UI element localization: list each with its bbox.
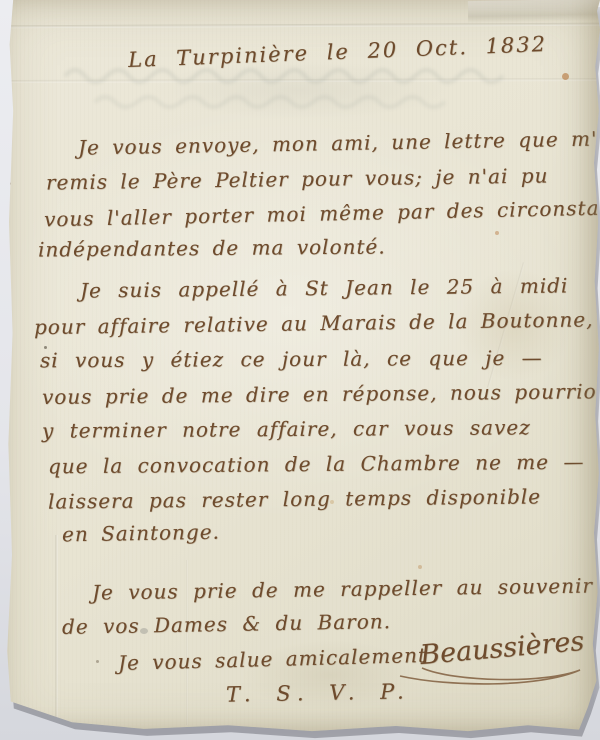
letter-line: pour affaire relative au Marais de la Bo… <box>34 307 600 339</box>
ink-showthrough <box>55 58 535 120</box>
photo-background: La Turpinière le 20 Oct. 1832 Je vous en… <box>0 0 600 740</box>
letter-closing: Je vous salue amicalement <box>118 643 428 675</box>
signature: Beaussières <box>419 626 585 671</box>
letter-line: y terminer notre affaire, car vous savez <box>42 415 531 442</box>
fold-crease <box>55 535 58 725</box>
foxing-spot <box>495 231 499 235</box>
letter-line: Je suis appellé à St Jean le 25 à midi <box>80 273 569 302</box>
foxing-spot <box>8 182 11 185</box>
foxing-spot <box>562 73 569 80</box>
foxing-spot <box>96 660 99 663</box>
letter-line: si vous y étiez ce jour là, ce que je — <box>40 346 543 373</box>
letter-line: Je vous envoye, mon ami, une lettre que … <box>78 126 600 159</box>
letter-line: de vos Dames & du Baron. <box>62 609 391 639</box>
letter-line: remis le Père Peltier pour vous; je n'ai… <box>46 163 549 194</box>
letter-line: vous l'aller porter moi même par des cir… <box>44 195 600 232</box>
letter-dateline: La Turpinière le 20 Oct. 1832 <box>128 32 548 72</box>
letter-line: indépendantes de ma volonté. <box>38 234 386 261</box>
letter-line: Je vous prie de me rappeller au souvenir <box>92 574 593 605</box>
paper-corner-curl <box>468 0 600 23</box>
fold-crease <box>0 78 600 83</box>
letter-paper: La Turpinière le 20 Oct. 1832 Je vous en… <box>0 0 600 740</box>
postscript-mark: T. S. V. P. <box>226 679 411 706</box>
letter-line: en Saintonge. <box>62 520 220 547</box>
fold-crease <box>0 23 600 29</box>
letter-line: laissera pas rester long temps disponibl… <box>48 484 541 513</box>
letter-line: vous prie de me dire en réponse, nous po… <box>42 379 600 409</box>
letter-line: que la convocation de la Chambre ne me — <box>48 450 585 479</box>
foxing-spot <box>418 565 422 569</box>
